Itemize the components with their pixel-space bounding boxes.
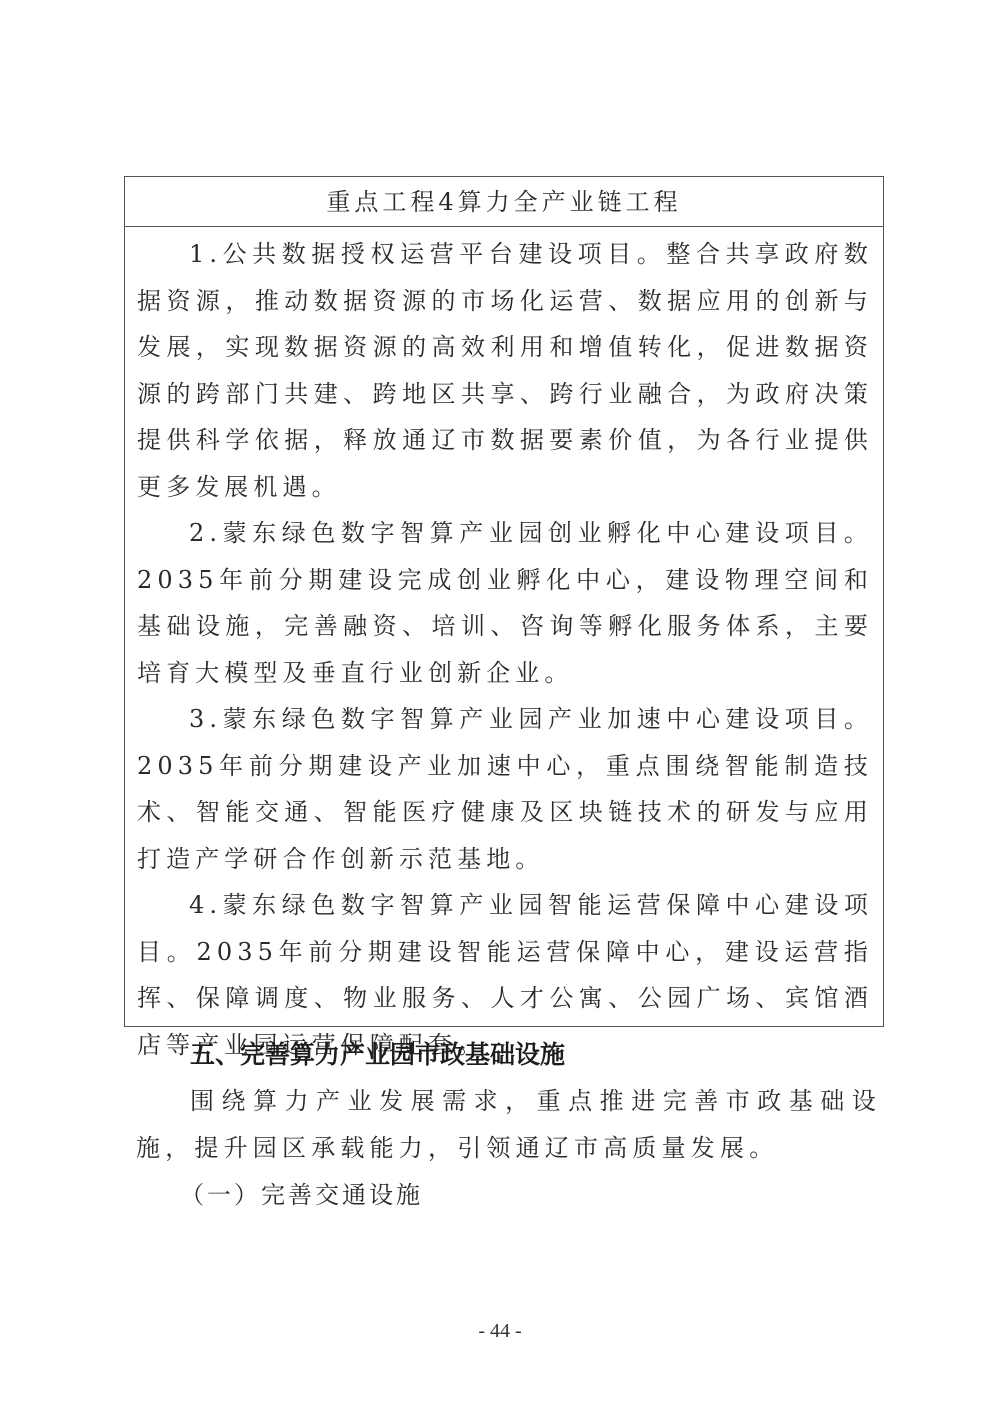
project-item-2: 2.蒙东绿色数字智算产业园创业孵化中心建设项目。2035年前分期建设完成创业孵化…: [137, 510, 873, 696]
page-number: - 44 -: [0, 1320, 1000, 1343]
box-body: 1.公共数据授权运营平台建设项目。整合共享政府数据资源，推动数据资源的市场化运营…: [125, 227, 883, 1068]
project-item-3: 3.蒙东绿色数字智算产业园产业加速中心建设项目。2035年前分期建设产业加速中心…: [137, 696, 873, 882]
project-item-1: 1.公共数据授权运营平台建设项目。整合共享政府数据资源，推动数据资源的市场化运营…: [137, 231, 873, 510]
section-paragraph: 围绕算力产业发展需求，重点推进完善市政基础设施，提升园区承载能力，引领通辽市高质…: [136, 1078, 881, 1172]
subsection-heading: （一）完善交通设施: [180, 1170, 423, 1220]
box-title: 重点工程4算力全产业链工程: [125, 177, 883, 227]
key-project-box: 重点工程4算力全产业链工程 1.公共数据授权运营平台建设项目。整合共享政府数据资…: [124, 176, 884, 1027]
section-heading: 五、完善算力产业园市政基础设施: [190, 1030, 565, 1080]
